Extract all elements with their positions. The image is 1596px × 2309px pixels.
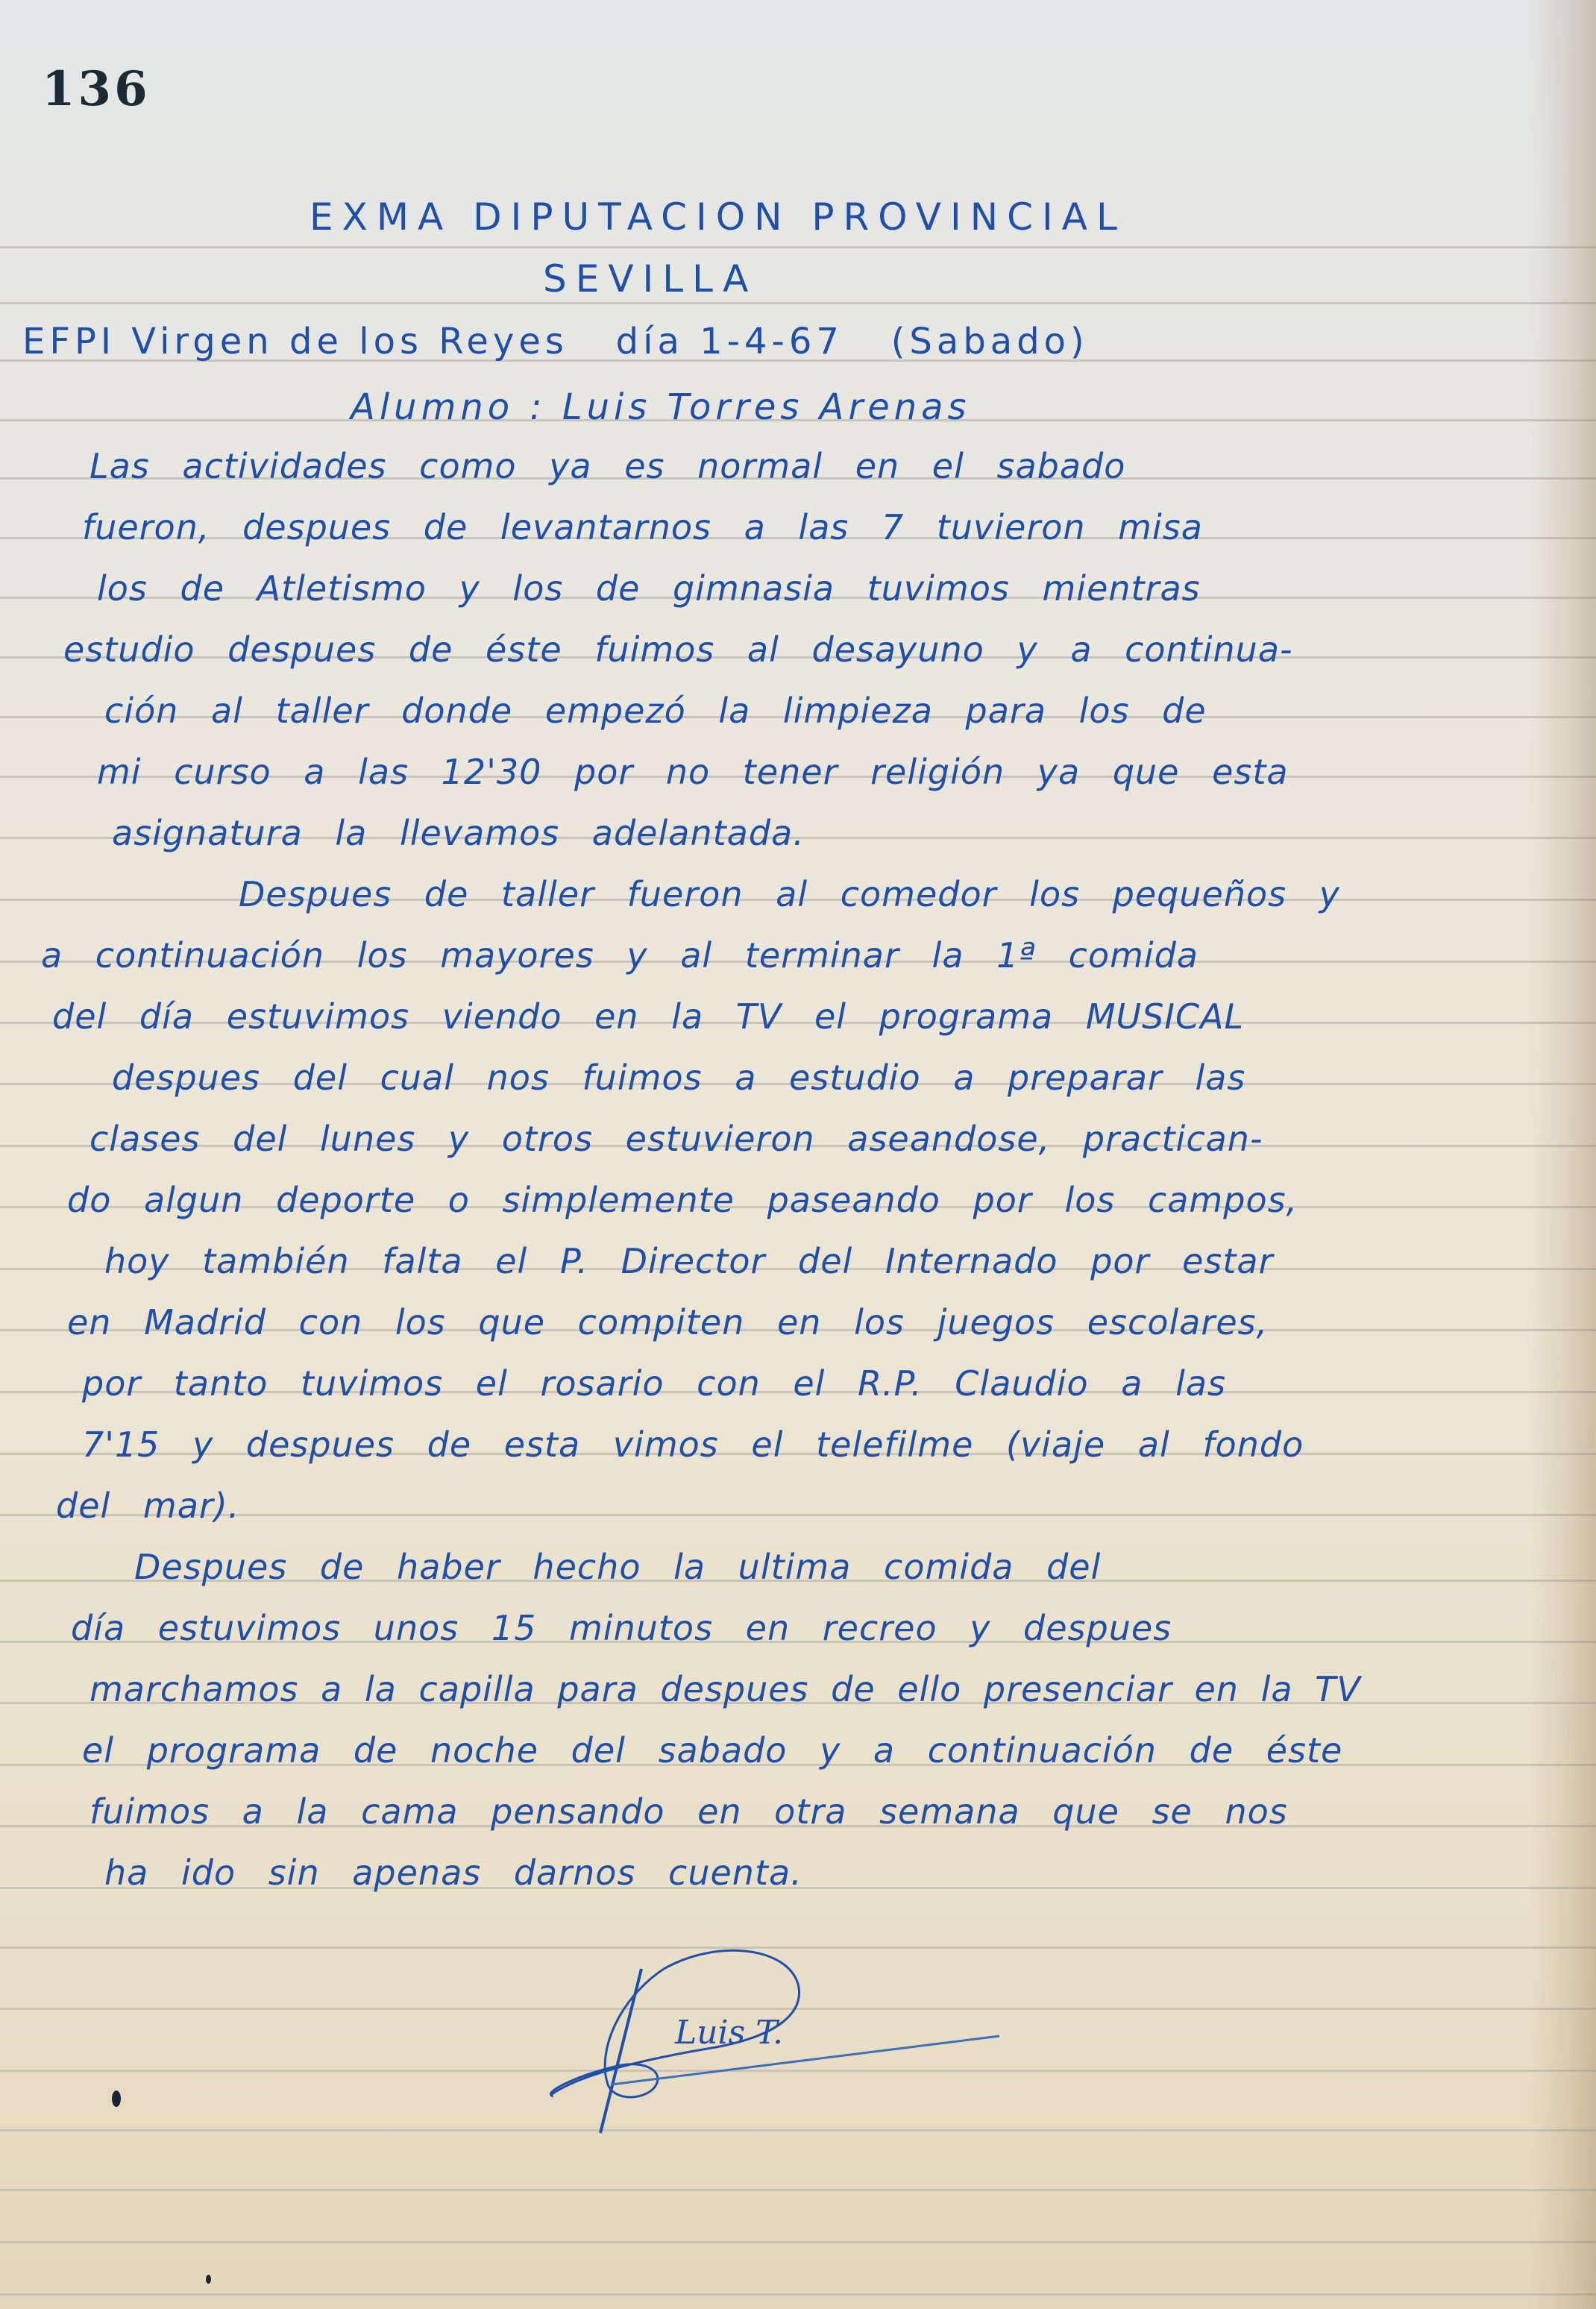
body-line: por tanto tuvimos el rosario con el R.P.…: [82, 1363, 1226, 1404]
header-city: SEVILLA: [543, 257, 757, 301]
ink-blot: [112, 2090, 121, 2107]
body-line: do algun deporte o simplemente paseando …: [67, 1180, 1298, 1220]
body-line: ha ido sin apenas darnos cuenta.: [104, 1853, 802, 1893]
body-line: Despues de taller fueron al comedor los …: [239, 874, 1340, 914]
page-number: 136: [42, 61, 151, 117]
body-line: el programa de noche del sabado y a cont…: [82, 1730, 1342, 1771]
header-institution: EXMA DIPUTACION PROVINCIAL: [310, 195, 1126, 239]
ink-speck: [206, 2275, 211, 2284]
body-line: a continuación los mayores y al terminar…: [41, 935, 1198, 976]
page-edge-shadow: [1529, 0, 1596, 2309]
body-line: Las actividades como ya es normal en el …: [89, 446, 1125, 486]
body-line: asignatura la llevamos adelantada.: [112, 813, 805, 853]
body-line: ción al taller donde empezó la limpieza …: [104, 691, 1207, 731]
body-line: hoy también falta el P. Director del Int…: [104, 1241, 1273, 1281]
body-line: del mar).: [56, 1486, 239, 1526]
body-line: estudio despues de éste fuimos al desayu…: [63, 629, 1293, 670]
body-line: clases del lunes y otros estuvieron asea…: [89, 1119, 1263, 1159]
signature-text: Luis T.: [675, 2014, 783, 2052]
body-line: del día estuvimos viendo en la TV el pro…: [52, 996, 1244, 1037]
body-line: los de Atletismo y los de gimnasia tuvim…: [97, 568, 1201, 609]
body-line: fuimos a la cama pensando en otra semana…: [89, 1791, 1288, 1832]
body-line: 7'15 y despues de esta vimos el telefilm…: [82, 1424, 1304, 1465]
body-line: fueron, despues de levantarnos a las 7 t…: [82, 507, 1203, 547]
body-line: despues del cual nos fuimos a estudio a …: [112, 1058, 1245, 1098]
body-line: día estuvimos unos 15 minutos en recreo …: [71, 1608, 1172, 1648]
body-line: mi curso a las 12'30 por no tener religi…: [97, 752, 1289, 792]
body-line: Despues de haber hecho la ultima comida …: [134, 1547, 1101, 1587]
body-line: en Madrid con los que compiten en los ju…: [67, 1302, 1268, 1342]
body-line: marchamos a la capilla para despues de e…: [89, 1669, 1361, 1709]
header-student: Alumno : Luis Torres Arenas: [351, 386, 971, 428]
header-school-date: EFPI Virgen de los Reyes día 1-4-67 (Sab…: [22, 321, 1089, 362]
